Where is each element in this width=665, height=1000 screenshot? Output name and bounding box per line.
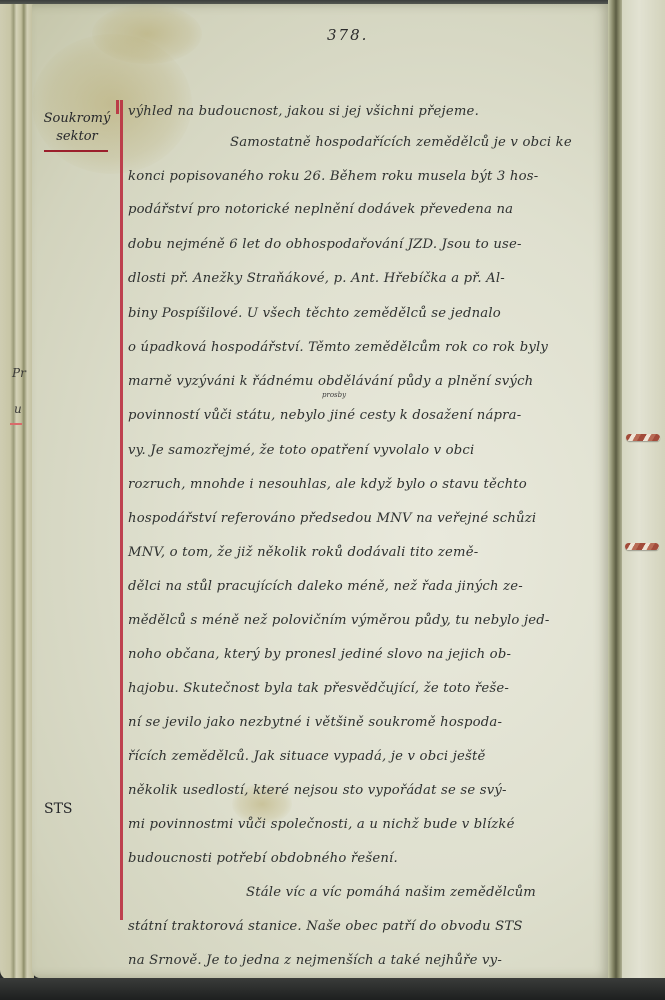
margin-note-sts: STS [44, 800, 84, 818]
backdrop-bottom [0, 978, 665, 1000]
insertion-above-line: prosby [322, 391, 346, 399]
margin-note-private-sector: Soukromý sektor [42, 110, 112, 146]
left-edge-fragment: Pr [12, 366, 26, 380]
text-line: vy. Je samozřejmé, že toto opatření vyvo… [128, 443, 474, 458]
text-line: marně vyzýváni k řádnému obdělávání půdy… [128, 374, 533, 389]
text-line: dlosti př. Anežky Straňákové, p. Ant. Hř… [128, 271, 505, 286]
water-stain [92, 4, 202, 64]
left-edge-red-mark [10, 423, 22, 425]
ledger-page: 378. Soukromý sektor STS výhled na budou… [32, 4, 610, 978]
text-line: ní se jevilo jako nezbytné i většině sou… [128, 715, 502, 730]
left-edge-fragment: u [14, 402, 22, 416]
text-line: hajobu. Skutečnost byla tak přesvědčujíc… [128, 681, 509, 696]
text-line: dobu nejméně 6 let do obhospodařování JZ… [128, 237, 522, 252]
text-line: mi povinnostmi vůči společnosti, a u nic… [128, 817, 515, 832]
facing-page-edge [622, 0, 665, 978]
text-line: budoucnosti potřebí obdobného řešení. [128, 851, 398, 866]
text-line: dělci na stůl pracujících daleko méně, n… [128, 579, 523, 594]
text-line: MNV, o tom, že již několik roků dodávali… [128, 545, 478, 560]
text-line: Stále víc a víc pomáhá našim zemědělcům [246, 885, 536, 900]
text-line: výhled na budoucnost, jakou si jej všich… [128, 104, 479, 119]
binding-thread [625, 543, 659, 550]
text-line: několik usedlostí, které nejsou sto vypo… [128, 783, 507, 798]
text-line: povinností vůči státu, nebylo jiné cesty… [128, 408, 521, 423]
text-line: mědělců s méně než polovičním výměrou pů… [128, 613, 550, 628]
margin-note-underline [44, 150, 108, 152]
text-line: Samostatně hospodařících zemědělců je v … [230, 135, 572, 150]
previous-page-edges: Pr u [0, 4, 34, 980]
page-number: 378. [327, 26, 368, 44]
text-line: biny Pospíšilové. U všech těchto zeměděl… [128, 306, 501, 321]
text-line: o úpadková hospodářství. Těmto zemědělců… [128, 340, 548, 355]
text-line: noho občana, který by pronesl jediné slo… [128, 647, 511, 662]
text-line: řících zemědělců. Jak situace vypadá, je… [128, 749, 486, 764]
text-line: rozruch, mnohde i nesouhlas, ale když by… [128, 477, 527, 492]
text-line: hospodářství referováno předsedou MNV na… [128, 511, 536, 526]
margin-rule-tick [116, 100, 119, 114]
text-line: státní traktorová stanice. Naše obec pat… [128, 919, 523, 934]
text-line: na Srnově. Je to jedna z nejmenších a ta… [128, 953, 502, 968]
binding-thread [626, 434, 660, 441]
text-line: konci popisovaného roku 26. Během roku m… [128, 169, 538, 184]
text-line: podářství pro notorické neplnění dodávek… [128, 202, 513, 217]
margin-rule [120, 100, 123, 920]
